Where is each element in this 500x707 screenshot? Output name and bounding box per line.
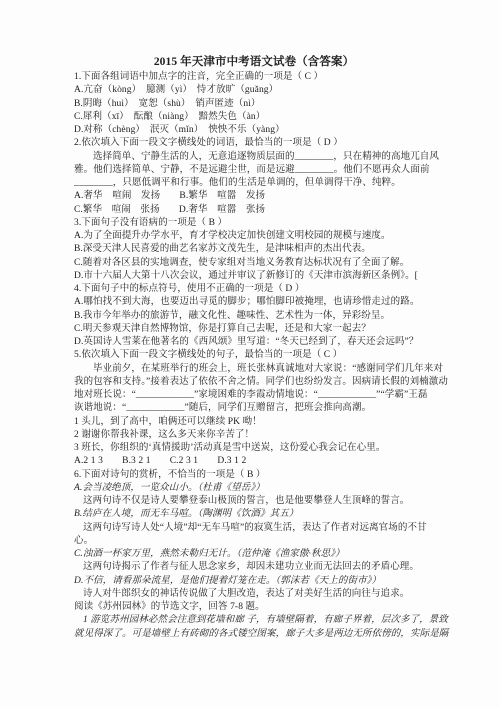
doc-line: A.奢华 喧闹 发扬 B.繁华 喧嚣 发扬 bbox=[74, 190, 434, 203]
exam-page: 2015 年天津市中考语文试卷（含答案） 1.下面各组词语中加点字的注音，完全正… bbox=[0, 0, 500, 707]
doc-line: D.不信，请看那朵流星，是他们提着灯笼在走。（郭沫若《天上的街市》） bbox=[74, 575, 434, 588]
doc-line: 诗人对牛郎织女的神话传说做了大胆改造，表达了对美好生活的向往与追求。 bbox=[74, 588, 434, 601]
doc-line: 心。 bbox=[74, 535, 434, 548]
doc-line: 1.下面各组词语中加点字的注音，完全正确的一项是（ C ） bbox=[74, 71, 434, 84]
doc-line: A.亢奋（kòng） 臆测（yì） 恃才放旷（guǎng） bbox=[74, 84, 434, 97]
doc-line: B.结庐在人境，而无车马喧。（陶渊明《饮酒》其五） bbox=[74, 508, 434, 521]
doc-line: ________，只愿低调平和行事。他们的生活是单调的，但单调得干净、纯粹。 bbox=[74, 177, 434, 190]
doc-line: 地对班长说：“____________”家境困难的李霞动情地说：“_______… bbox=[74, 389, 434, 402]
doc-line: 1 游览苏州园林必然会注意到花墙和廊 子，有墙壁隔着，有廊子界着，层次多了，景致 bbox=[74, 614, 434, 627]
doc-line: C.浊酒一杯家万里，燕然未勒归无计。（范仲淹《渔家傲·秋思》） bbox=[74, 548, 434, 561]
doc-line: 雅。他们选择简单、宁静，不是远避尘世，而是远避________。他们不愿再众人面… bbox=[74, 164, 434, 177]
doc-line: 我的包容和支持。”接着表达了依依不舍之情。同学们也纷纷发言。因病请长假的刘楠激动 bbox=[74, 376, 434, 389]
doc-line: C.随着对各区县的实地调查，使专家组对当地义务教育达标状况有了全面了解。 bbox=[74, 257, 434, 270]
doc-line: A.会当凌绝顶，一览众山小。（杜甫《望岳》） bbox=[74, 482, 434, 495]
doc-line: 5.依次填入下面一段文字横线处的句子，最恰当的一项是（ C ） bbox=[74, 349, 434, 362]
document-body: 2015 年天津市中考语文试卷（含答案） 1.下面各组词语中加点字的注音，完全正… bbox=[74, 55, 434, 641]
doc-line: D.英国诗人雪莱在他著名的《西风颂》里写道：“冬天已经到了，春天还会远吗”？ bbox=[74, 336, 434, 349]
doc-line: 2.依次填入下面一段文字横线处的词语，最恰当的一项是（ D ） bbox=[74, 137, 434, 150]
doc-line: 1 头儿，到了高中，咱俩还可以继续 PK 呦！ bbox=[74, 416, 434, 429]
doc-line: 3.下面句子没有语病的一项是（ B ） bbox=[74, 217, 434, 230]
doc-line: 这两句诗写诗人处“人境”却“无车马喧”的寂寞生活，表达了作者对远离官场的不甘 bbox=[74, 522, 434, 535]
doc-line: C.犀利（xī） 酝酿（niàng） 黯然失色（àn） bbox=[74, 111, 434, 124]
doc-line: 2 谢谢你帮我补课，这么多天来你辛苦了！ bbox=[74, 429, 434, 442]
doc-line: A.为了全面提升办学水平，育才学校决定加快创建文明校园的规模与速度。 bbox=[74, 230, 434, 243]
page-title: 2015 年天津市中考语文试卷（含答案） bbox=[74, 55, 434, 70]
doc-line: 4.下面句子中的标点符号，使用不正确的一项是（ D ） bbox=[74, 283, 434, 296]
doc-line: B.我市今年举办的旅游节，融文化性、趣味性、艺术性为一体，异彩纷呈。 bbox=[74, 310, 434, 323]
doc-line: 选择简单、宁静生活的人，无意追逐物质层面的________，只在精神的高地兀自风 bbox=[74, 151, 434, 164]
doc-line: C.明天参观天津自然博物馆，你是打算自己去呢，还是和大家一起去？ bbox=[74, 323, 434, 336]
doc-line: C.繁华 喧闹 张扬 D.奢华 喧嚣 张扬 bbox=[74, 204, 434, 217]
doc-line: 6.下面对诗句的赏析，不恰当的一项是（ B ） bbox=[74, 469, 434, 482]
doc-line: 毕业前夕，在某班举行的班会上，班长张林真诚地对大家说：“感谢同学们几年来对 bbox=[74, 363, 434, 376]
doc-line: A.哪怕找不到大海，也要迈出寻觅的脚步；哪怕脚印被掩埋，也请珍惜走过的路。 bbox=[74, 296, 434, 309]
doc-line: D.市十六届人大第十八次会议，通过并审议了新修订的《天津市滨海新区条例》。[ bbox=[74, 270, 434, 283]
doc-line: A.2 1 3 B.3 2 1 C.2 3 1 D.3 1 2 bbox=[74, 455, 434, 468]
doc-line: 这两句诗揭示了作者与征人思念家乡，却因未建功立业而无法回去的矛盾心理。 bbox=[74, 561, 434, 574]
doc-line: 这两句诗不仅是诗人要攀登泰山极顶的誓言，也是他要攀登人生顶峰的誓言。 bbox=[74, 495, 434, 508]
doc-line: 诙谐地说：“____________”随后，同学们互赠留言，把班会推向高潮。 bbox=[74, 402, 434, 415]
doc-line: D.对称（chèng） 泯灭（mǐn） 怏怏不乐（yàng） bbox=[74, 124, 434, 137]
doc-line: 就见得深了。可是墙壁上有砖砌的各式镂空图案，廊子大多是两边无所依傍的，实际是隔 bbox=[74, 628, 434, 641]
doc-line: 3 班长，你组织的‘真情援助’活动真是雪中送炭，这份爱心我会记在心里。 bbox=[74, 442, 434, 455]
doc-line: 阅读《苏州园林》的节选文字，回答 7-8 题。 bbox=[74, 601, 434, 614]
doc-line: B.阴晦（huì） 宽恕（shù） 销声匿迹（nì） bbox=[74, 98, 434, 111]
doc-line: B.深受天津人民喜爱的曲艺名家苏文茂先生，是津味相声的杰出代表。 bbox=[74, 243, 434, 256]
document-lines: 1.下面各组词语中加点字的注音，完全正确的一项是（ C ）A.亢奋（kòng） … bbox=[74, 71, 434, 641]
